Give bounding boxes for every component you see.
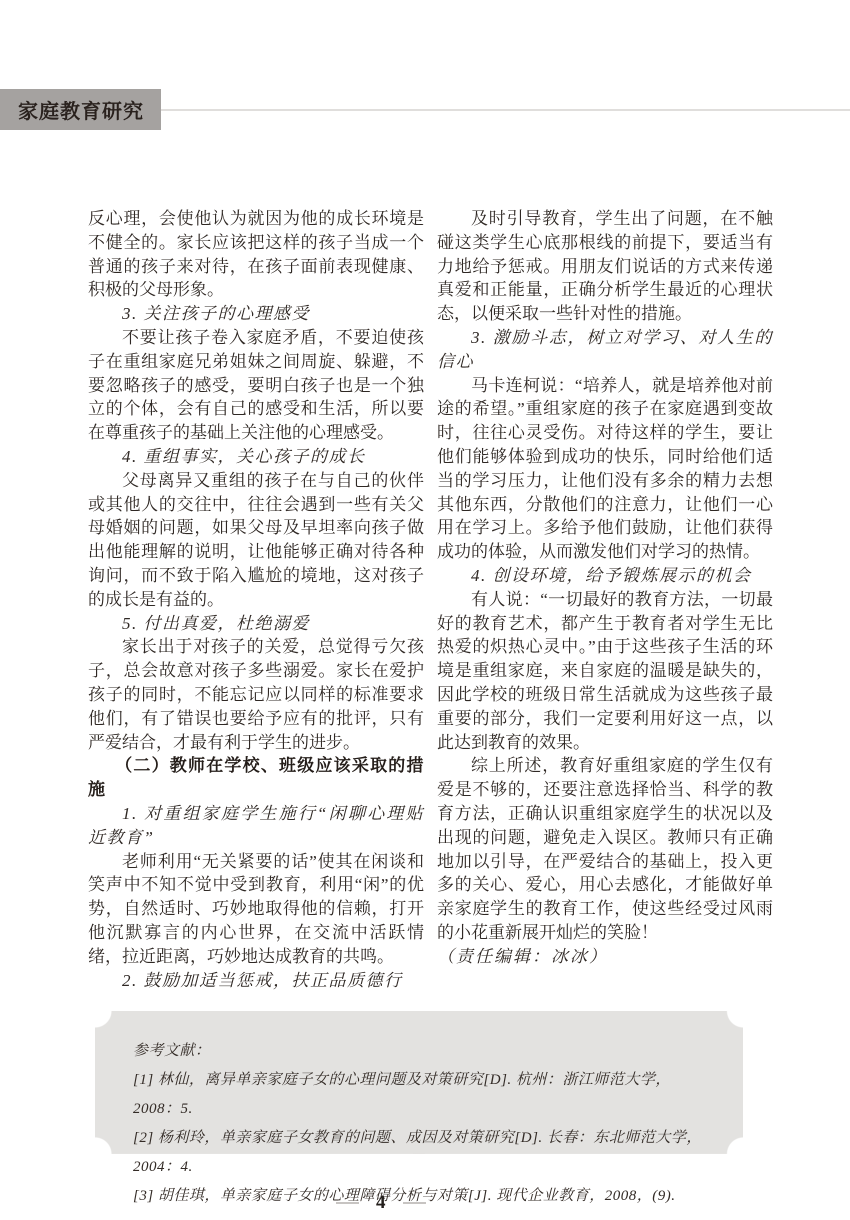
references-box: 参考文献： [1] 林仙，离异单亲家庭子女的心理问题及对策研究[D]. 杭州：浙…: [95, 1011, 743, 1154]
page-footer: 4: [336, 1193, 426, 1212]
section-label-bar: 家庭教育研究: [0, 89, 161, 130]
section-label: 家庭教育研究: [18, 95, 144, 124]
references-title: 参考文献：: [133, 1037, 713, 1066]
editor-credit: （责任编辑：冰冰）: [437, 945, 773, 969]
paragraph: 老师利用“无关紧要的话”使其在闲谈和笑声中不知不觉中受到教育，利用“闲”的优势，…: [88, 850, 424, 969]
paragraph: 及时引导教育，学生出了问题，在不触碰这类学生心底那根线的前提下，要适当有力地给予…: [437, 207, 773, 326]
page-number-dash-right: [403, 1202, 426, 1204]
paragraph: 父母离异又重组的孩子在与自己的伙伴或其他人的交往中，往往会遇到一些有关父母婚姻的…: [88, 469, 424, 612]
paragraph-continuation: 反心理，会使他认为就因为他的成长环境是不健全的。家长应该把这样的孩子当成一个普通…: [88, 207, 424, 302]
reference-item: [2] 杨利玲，单亲家庭子女教育的问题、成因及对策研究[D]. 长春：东北师范大…: [133, 1124, 713, 1182]
subheading-1: 1. 对重组家庭学生施行“闲聊心理贴近教育”: [88, 802, 424, 850]
right-column: 及时引导教育，学生出了问题，在不触碰这类学生心底那根线的前提下，要适当有力地给予…: [437, 207, 773, 969]
header-rule: [161, 109, 850, 111]
subheading-3: 3. 关注孩子的心理感受: [88, 302, 424, 326]
section-heading-2: （二）教师在学校、班级应该采取的措施: [88, 754, 424, 802]
subheading-4-right: 4. 创设环境，给予锻炼展示的机会: [437, 564, 773, 588]
paragraph: 马卡连柯说：“培养人，就是培养他对前途的希望。”重组家庭的孩子在家庭遇到变故时，…: [437, 374, 773, 564]
paragraph: 不要让孩子卷入家庭矛盾，不要迫使孩子在重组家庭兄弟姐妹之间周旋、躲避，不要忽略孩…: [88, 326, 424, 445]
paragraph: 有人说：“一切最好的教育方法，一切最好的教育艺术，都产生于教育者对学生无比热爱的…: [437, 588, 773, 755]
reference-item: [1] 林仙，离异单亲家庭子女的心理问题及对策研究[D]. 杭州：浙江师范大学，…: [133, 1066, 713, 1124]
page-number: 4: [376, 1193, 386, 1212]
left-column: 反心理，会使他认为就因为他的成长环境是不健全的。家长应该把这样的孩子当成一个普通…: [88, 207, 424, 992]
paragraph: 家长出于对孩子的关爱，总觉得亏欠孩子，总会故意对孩子多些溺爱。家长在爱护孩子的同…: [88, 635, 424, 754]
journal-page: 家庭教育研究 反心理，会使他认为就因为他的成长环境是不健全的。家长应该把这样的孩…: [0, 0, 850, 1220]
subheading-4: 4. 重组事实，关心孩子的成长: [88, 445, 424, 469]
subheading-2: 2. 鼓励加适当惩戒，扶正品质德行: [88, 969, 424, 993]
page-number-dash-left: [336, 1202, 359, 1204]
subheading-5: 5. 付出真爱，杜绝溺爱: [88, 612, 424, 636]
subheading-3-right: 3. 激励斗志，树立对学习、对人生的信心: [437, 326, 773, 374]
paragraph-conclusion: 综上所述，教育好重组家庭的学生仅有爱是不够的，还要注意选择恰当、科学的教育方法，…: [437, 754, 773, 944]
